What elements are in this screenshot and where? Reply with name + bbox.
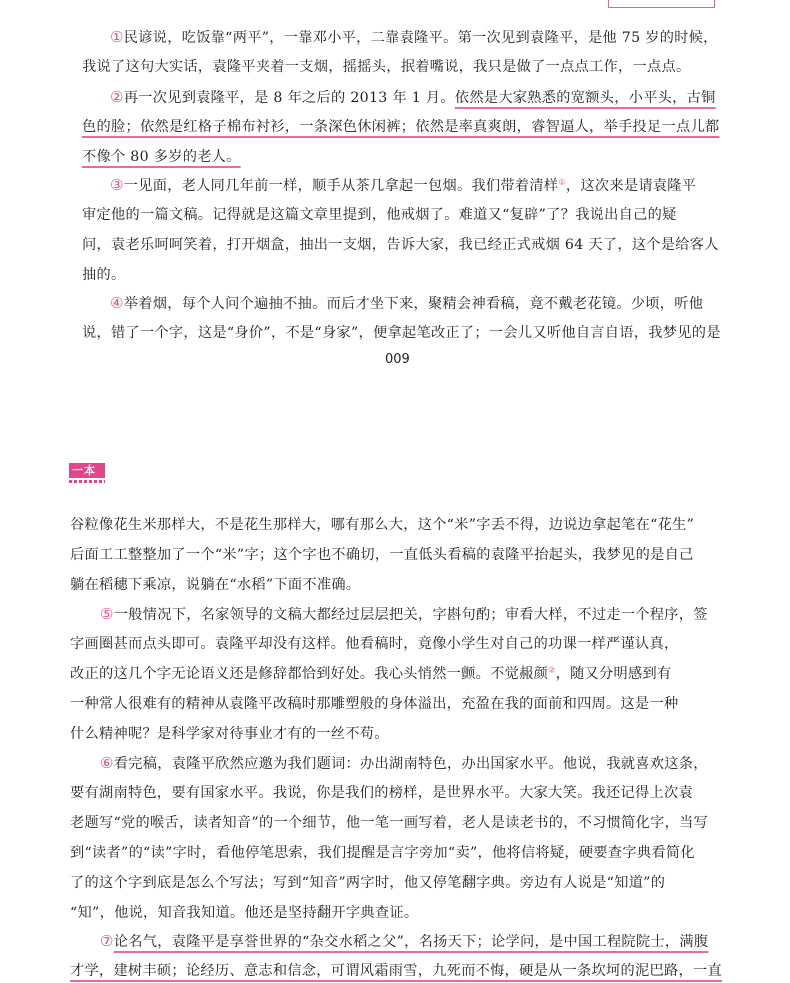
text-line: 审定他的一篇文稿。记得就是这篇文章里提到，他戒烟了。难道又“复辟”了？我说出自己… [82, 207, 677, 223]
text-line: 一种常人很难有的精神从袁隆平改稿时那雕塑般的身体溢出，充盈在我的面前和四周。这是… [70, 696, 678, 712]
paragraph-number: ② [110, 88, 124, 106]
footnote-ref: ② [548, 665, 555, 674]
paragraph-7: ⑦论名气，袁隆平是享誉世界的“杂交水稻之父”，名扬天下；论学问，是中国工程院院士… [70, 926, 730, 983]
footnote-ref: ① [558, 177, 565, 186]
text-line: 要有湖南特色，要有国家水平。我说，你是我们的榜样，是世界水平。大家大笑。我还记得… [70, 785, 693, 801]
text-line: 一般情况下，名家领导的文稿大都经过层层把关，字斟句酌；审看大样，不过走一个程序，… [114, 607, 708, 623]
text-line: 民谚说，吃饭靠“两平”，一靠邓小平，二靠袁隆平。第一次见到袁隆平，是他 75 岁… [124, 30, 718, 46]
text-line: 抽的。 [82, 267, 125, 283]
page-number: 009 [385, 352, 410, 367]
paragraph-number: ① [110, 28, 124, 46]
text-line: 一见面，老人同几年前一样，顺手从茶几拿起一包烟。我们带着清样 [124, 178, 559, 194]
text-line: 看完稿，袁隆平欣然应邀为我们题词：办出湖南特色，办出国家水平。他说，我就喜欢这条… [114, 756, 708, 772]
text-line: 说，错了一个字，这是“身价”，不是“身家”，便拿起笔改正了；一会儿又听他自言自语… [82, 325, 721, 341]
underlined-text: 依然是大家熟悉的宽额头，小平头，古铜 [455, 90, 716, 106]
text-line: 改正的这几个字无论语义还是修辞都恰到好处。我心头悄然一颤。不觉赧颜 [70, 666, 548, 682]
paragraph-number: ⑥ [100, 754, 114, 772]
paragraph-number: ⑤ [100, 605, 114, 623]
paragraph-5: ⑤一般情况下，名家领导的文稿大都经过层层把关，字斟句酌；审看大样，不过走一个程序… [70, 599, 730, 749]
paragraph-continued: 谷粒像花生米那样大，不是花生那样大，哪有那么大，这个“米”字丢不得，边说边拿起笔… [70, 510, 730, 600]
text-line: 后面工工整整加了一个“米”字；这个字也不确切，一直低头看稿的袁隆平抬起头，我梦见… [70, 547, 694, 563]
text-line: “知”，他说，知音我知道。他还是坚持翻开字典查证。 [70, 905, 418, 921]
paragraph-number: ④ [110, 294, 124, 312]
text-line: 我说了这句大实话，袁隆平夹着一支烟，摇摇头，抿着嘴说，我只是做了一点点工作，一点… [82, 59, 690, 75]
text-line: 字画圈甚而点头即可。袁隆平却没有这样。他看稿时，竟像小学生对自己的功课一样严谨认… [70, 636, 678, 652]
text-line: 谷粒像花生米那样大，不是花生那样大，哪有那么大，这个“米”字丢不得，边说边拿起笔… [70, 517, 694, 533]
paragraph-2: ②再一次见到袁隆平，是 8 年之后的 2013 年 1 月。依然是大家熟悉的宽额… [82, 82, 732, 172]
paragraph-6: ⑥看完稿，袁隆平欣然应邀为我们题词：办出湖南特色，办出国家水平。他说，我就喜欢这… [70, 748, 730, 928]
text-line: 再一次见到袁隆平，是 8 年之后的 2013 年 1 月。 [124, 90, 455, 106]
text-line: 举着烟，每个人问个遍抽不抽。而后才坐下来，聚精会神看稿，竟不戴老花镜。少顷，听他 [124, 296, 704, 312]
text-line: 老题写“党的喉舌，读者知音”的一个细节，他一笔一画写着，老人是读老书的，不习惯简… [70, 815, 708, 831]
paragraph-3: ③一见面，老人同几年前一样，顺手从茶几拿起一包烟。我们带着清样①，这次来是请袁隆… [82, 170, 732, 290]
paragraph-number: ⑦ [100, 932, 114, 950]
publisher-logo: 一本 [69, 463, 107, 487]
text-line: 问，袁老乐呵呵笑着，打开烟盒，抽出一支烟，告诉大家，我已经正式戒烟 64 天了，… [82, 237, 719, 253]
underlined-text: 色的脸；依然是红格子棉布衬衫，一条深色休闲裤；依然是率真爽朗，睿智逼人，举手投足… [82, 119, 719, 135]
text-line: 什么精神呢？是科学家对待事业才有的一丝不苟。 [70, 726, 389, 742]
paragraph-4: ④举着烟，每个人问个遍抽不抽。而后才坐下来，聚精会神看稿，竟不戴老花镜。少顷，听… [82, 288, 732, 348]
text-line: ，随又分明感到有 [556, 666, 672, 682]
underlined-text: 不像个 80 多岁的老人。 [82, 149, 241, 165]
text-line: 躺在稻穗下乘凉，说躺在“水稻”下面不准确。 [70, 577, 360, 593]
underlined-text: 论名气，袁隆平是享誉世界的“杂交水稻之父”，名扬天下；论学问，是中国工程院院士，… [114, 934, 709, 950]
paragraph-number: ③ [110, 176, 124, 194]
text-line: ，这次来是请袁隆平 [566, 178, 696, 194]
text-line: 到“读者”的“读”字时，看他停笔思索，我们提醒是言字旁加“卖”，他将信将疑，硬要… [70, 845, 695, 861]
logo-text: 一本 [69, 463, 105, 478]
underlined-text: 才学，建树丰硕；论经历、意志和信念，可谓风霜雨雪，九死而不悔，硬是从一条坎坷的泥… [70, 963, 722, 979]
logo-decoration [69, 480, 105, 483]
text-line: 了的这个字到底是怎么个写法；写到“知音”两字时，他又停笔翻字典。旁边有人说是“知… [70, 875, 665, 891]
answer-page-tab: 答案/P166 [608, 0, 715, 8]
paragraph-1: ①民谚说，吃饭靠“两平”，一靠邓小平，二靠袁隆平。第一次见到袁隆平，是他 75 … [82, 22, 732, 82]
